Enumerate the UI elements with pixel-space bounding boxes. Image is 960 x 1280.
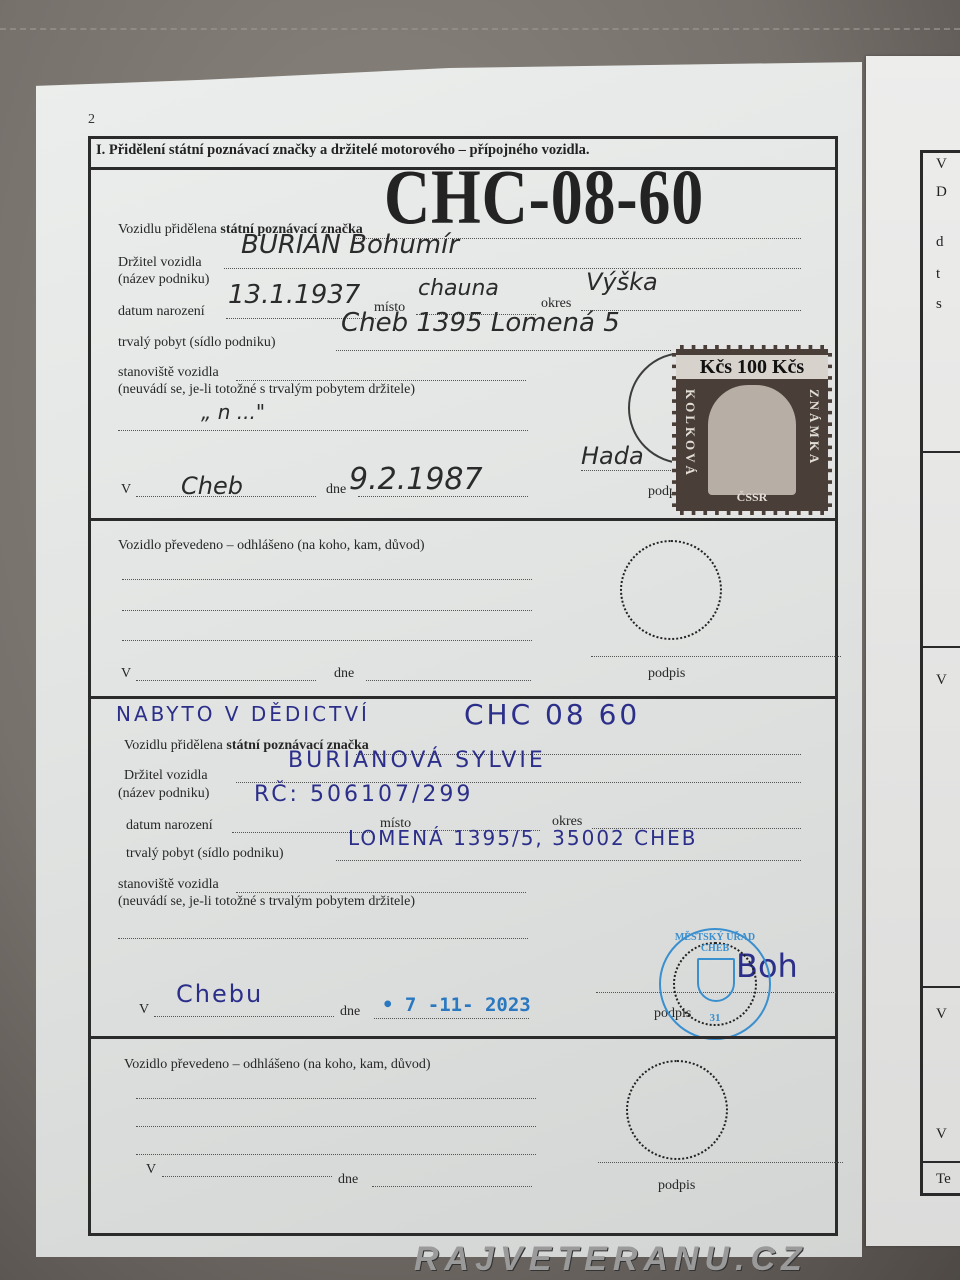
city-value: Cheb xyxy=(181,472,243,500)
signature-value: Hada xyxy=(581,442,644,470)
birth-date-value: 13.1.1937 xyxy=(228,280,360,310)
location-note-label: (neuvádí se, je-li totožné s trvalým pob… xyxy=(118,894,415,910)
tax-stamp-right-text: ZNÁMKA xyxy=(806,389,822,466)
birth-date-label: datum narození xyxy=(126,818,213,834)
residence-label: trvalý pobyt (sídlo podniku) xyxy=(118,335,276,351)
signature-label: podpis xyxy=(648,666,685,682)
tax-stamp: Kčs 100 Kčs KOLKOVÁ ZNÁMKA ČSSR xyxy=(672,345,832,515)
holder-value: BURIANOVÁ SYLVIE xyxy=(288,748,546,773)
right-page-letter: V xyxy=(936,156,947,173)
right-page: V D d t s V V V Te xyxy=(866,56,960,1246)
right-separator xyxy=(923,1161,960,1163)
dotted-line xyxy=(136,680,316,681)
birth-date-label: datum narození xyxy=(118,304,205,320)
city-label: V xyxy=(121,666,131,682)
date-stamp-value: • 7 -11- 2023 xyxy=(382,994,531,1016)
dotted-line xyxy=(122,640,532,641)
vehicle-location-label: stanoviště vozidla xyxy=(118,365,219,381)
dotted-line xyxy=(136,1098,536,1099)
dotted-line xyxy=(374,1018,529,1019)
company-name-label: (název podniku) xyxy=(118,272,209,288)
dotted-line xyxy=(122,610,532,611)
right-page-letter: D xyxy=(936,184,947,201)
residence-value: LOMENÁ 1395/5, 35002 CHEB xyxy=(348,826,697,850)
holder-label: Držitel vozidla xyxy=(118,255,202,271)
city-value: Chebu xyxy=(176,980,263,1008)
birth-place-value: chauna xyxy=(418,276,499,301)
right-page-letter: t xyxy=(936,266,940,283)
holder-label: Držitel vozidla xyxy=(124,768,208,784)
dotted-line xyxy=(366,680,531,681)
transfer-label: Vozidlo převedeno – odhlášeno (na koho, … xyxy=(118,538,425,554)
document-page: 2 I. Přidělení státní poznávací značky a… xyxy=(36,62,862,1257)
city-office-stamp: MĚSTSKÝ ÚŘAD CHEB 31 xyxy=(659,928,771,1040)
tax-stamp-country: ČSSR xyxy=(676,490,828,505)
stamp-placeholder-circle xyxy=(620,540,722,640)
license-plate-stamp: CHC-08-60 xyxy=(384,152,704,242)
dotted-line xyxy=(372,1186,532,1187)
date-label: dne xyxy=(334,666,354,682)
dotted-line xyxy=(118,938,528,939)
right-page-letter: V xyxy=(936,1006,947,1023)
city-label: V xyxy=(121,482,131,498)
right-page-letter: s xyxy=(936,296,942,313)
district-value: Výška xyxy=(586,268,658,296)
tax-stamp-value: Kčs 100 Kčs xyxy=(676,355,828,379)
dotted-line xyxy=(122,579,532,580)
location-note-label: (neuvádí se, je-li totožné s trvalým pob… xyxy=(118,382,415,398)
stamp-placeholder-circle xyxy=(626,1060,728,1160)
company-name-label: (název podniku) xyxy=(118,786,209,802)
right-page-letter: Te xyxy=(936,1171,951,1188)
right-page-letter: d xyxy=(936,234,944,251)
plate-value: CHC 08 60 xyxy=(464,698,640,731)
holder-value: BURIAN Bohumír xyxy=(241,230,459,260)
city-label: V xyxy=(139,1002,149,1018)
right-page-letter: V xyxy=(936,672,947,689)
dotted-line xyxy=(136,1154,536,1155)
date-label: dne xyxy=(338,1172,358,1188)
section-separator xyxy=(88,1036,835,1039)
signature-line xyxy=(581,470,671,471)
dotted-line xyxy=(118,430,528,431)
city-label: V xyxy=(146,1162,156,1178)
residence-value: Cheb 1395 Lomená 5 xyxy=(341,308,620,338)
coat-of-arms-icon xyxy=(708,385,796,495)
dotted-line xyxy=(136,1126,536,1127)
city-office-stamp-number: 31 xyxy=(661,1012,769,1024)
upholstery-seam xyxy=(0,28,960,30)
signature-label: podpis xyxy=(658,1178,695,1194)
page-number: 2 xyxy=(88,112,95,128)
transfer-label: Vozidlo převedeno – odhlášeno (na koho, … xyxy=(124,1057,431,1073)
city-office-stamp-text: MĚSTSKÝ ÚŘAD CHEB xyxy=(661,932,769,954)
dotted-line xyxy=(336,860,801,861)
section-separator xyxy=(88,518,835,521)
tax-stamp-left-text: KOLKOVÁ xyxy=(682,389,698,478)
residence-label: trvalý pobyt (sídlo podniku) xyxy=(126,846,284,862)
acquisition-note: NABYTO V DĚDICTVÍ xyxy=(116,702,370,726)
right-separator xyxy=(923,646,960,648)
date-label: dne xyxy=(326,482,346,498)
right-separator xyxy=(923,986,960,988)
dotted-line xyxy=(162,1176,332,1177)
watermark: RAJVETERANU.CZ xyxy=(414,1240,808,1279)
dotted-line xyxy=(236,380,526,381)
dotted-line xyxy=(236,892,526,893)
right-page-letter: V xyxy=(936,1126,947,1143)
dotted-line xyxy=(154,1016,334,1017)
signature-line xyxy=(591,656,841,657)
vehicle-location-value: „ n ..." xyxy=(201,400,265,424)
date-value: 9.2.1987 xyxy=(349,462,483,497)
right-separator xyxy=(923,451,960,453)
dotted-line xyxy=(224,268,801,269)
date-label: dne xyxy=(340,1004,360,1020)
coat-of-arms-icon xyxy=(697,958,735,1002)
section-separator xyxy=(88,696,835,699)
id-number-value: RČ: 506107/299 xyxy=(254,782,473,807)
vehicle-location-label: stanoviště vozidla xyxy=(118,877,219,893)
signature-line xyxy=(598,1162,843,1163)
